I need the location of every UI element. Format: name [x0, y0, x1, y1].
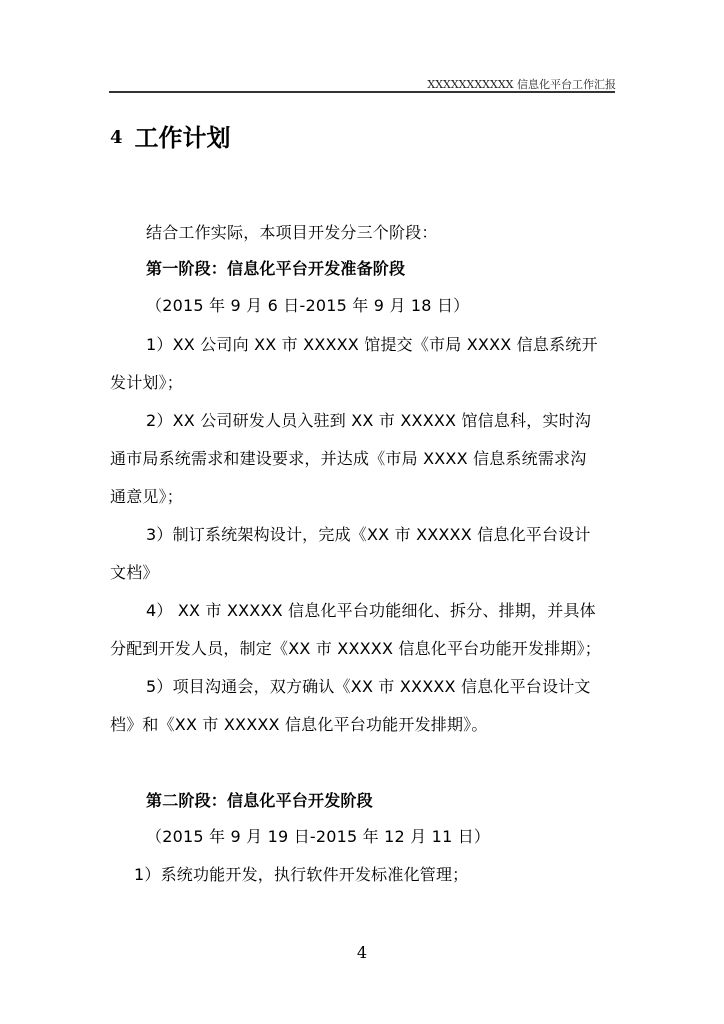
phase1-item-3: 3）制订系统架构设计，完成《XX 市 XXXXX 信息化平台设计: [146, 524, 591, 546]
phase1-item-4-cont: 分配到开发人员，制定《XX 市 XXXXX 信息化平台功能开发排期》；: [110, 638, 601, 660]
phase1-item-4: 4） XX 市 XXXXX 信息化平台功能细化、拆分、排期，并具体: [146, 600, 596, 622]
page-number: 4: [0, 943, 724, 962]
phase1-item-5: 5）项目沟通会，双方确认《XX 市 XXXXX 信息化平台设计文: [146, 676, 591, 698]
phase1-heading: 第一阶段：信息化平台开发准备阶段: [146, 258, 405, 280]
running-header: XXXXXXXXXXX 信息化平台工作汇报: [427, 76, 616, 92]
chapter-number: 4: [110, 127, 123, 148]
chapter-title: 工作计划: [135, 124, 231, 152]
phase2-heading: 第二阶段：信息化平台开发阶段: [146, 790, 373, 812]
document-page: XXXXXXXXXXX 信息化平台工作汇报 4工作计划 结合工作实际，本项目开发…: [0, 0, 724, 1024]
phase1-item-2-cont2: 通意见》；: [110, 486, 183, 508]
phase2-item-1: 1）系统功能开发，执行软件开发标准化管理；: [134, 864, 468, 886]
phase1-item-5-cont: 档》和《XX 市 XXXXX 信息化平台功能开发排期》。: [110, 714, 488, 736]
intro-paragraph: 结合工作实际，本项目开发分三个阶段：: [146, 222, 438, 244]
header-divider: [109, 91, 615, 93]
chapter-heading: 4工作计划: [110, 122, 231, 154]
phase1-item-2: 2）XX 公司研发人员入驻到 XX 市 XXXXX 馆信息科，实时沟: [146, 410, 591, 432]
phase1-dates: （2015 年 9 月 6 日-2015 年 9 月 18 日）: [146, 295, 469, 317]
phase1-item-1-cont: 发计划》；: [110, 372, 183, 394]
phase1-item-2-cont: 通市局系统需求和建设要求，并达成《市局 XXXX 信息系统需求沟: [110, 448, 586, 470]
phase2-dates: （2015 年 9 月 19 日-2015 年 12 月 11 日）: [146, 826, 490, 848]
phase1-item-1: 1）XX 公司向 XX 市 XXXXX 馆提交《市局 XXXX 信息系统开: [146, 334, 598, 356]
phase1-item-3-cont: 文档》: [110, 562, 159, 584]
